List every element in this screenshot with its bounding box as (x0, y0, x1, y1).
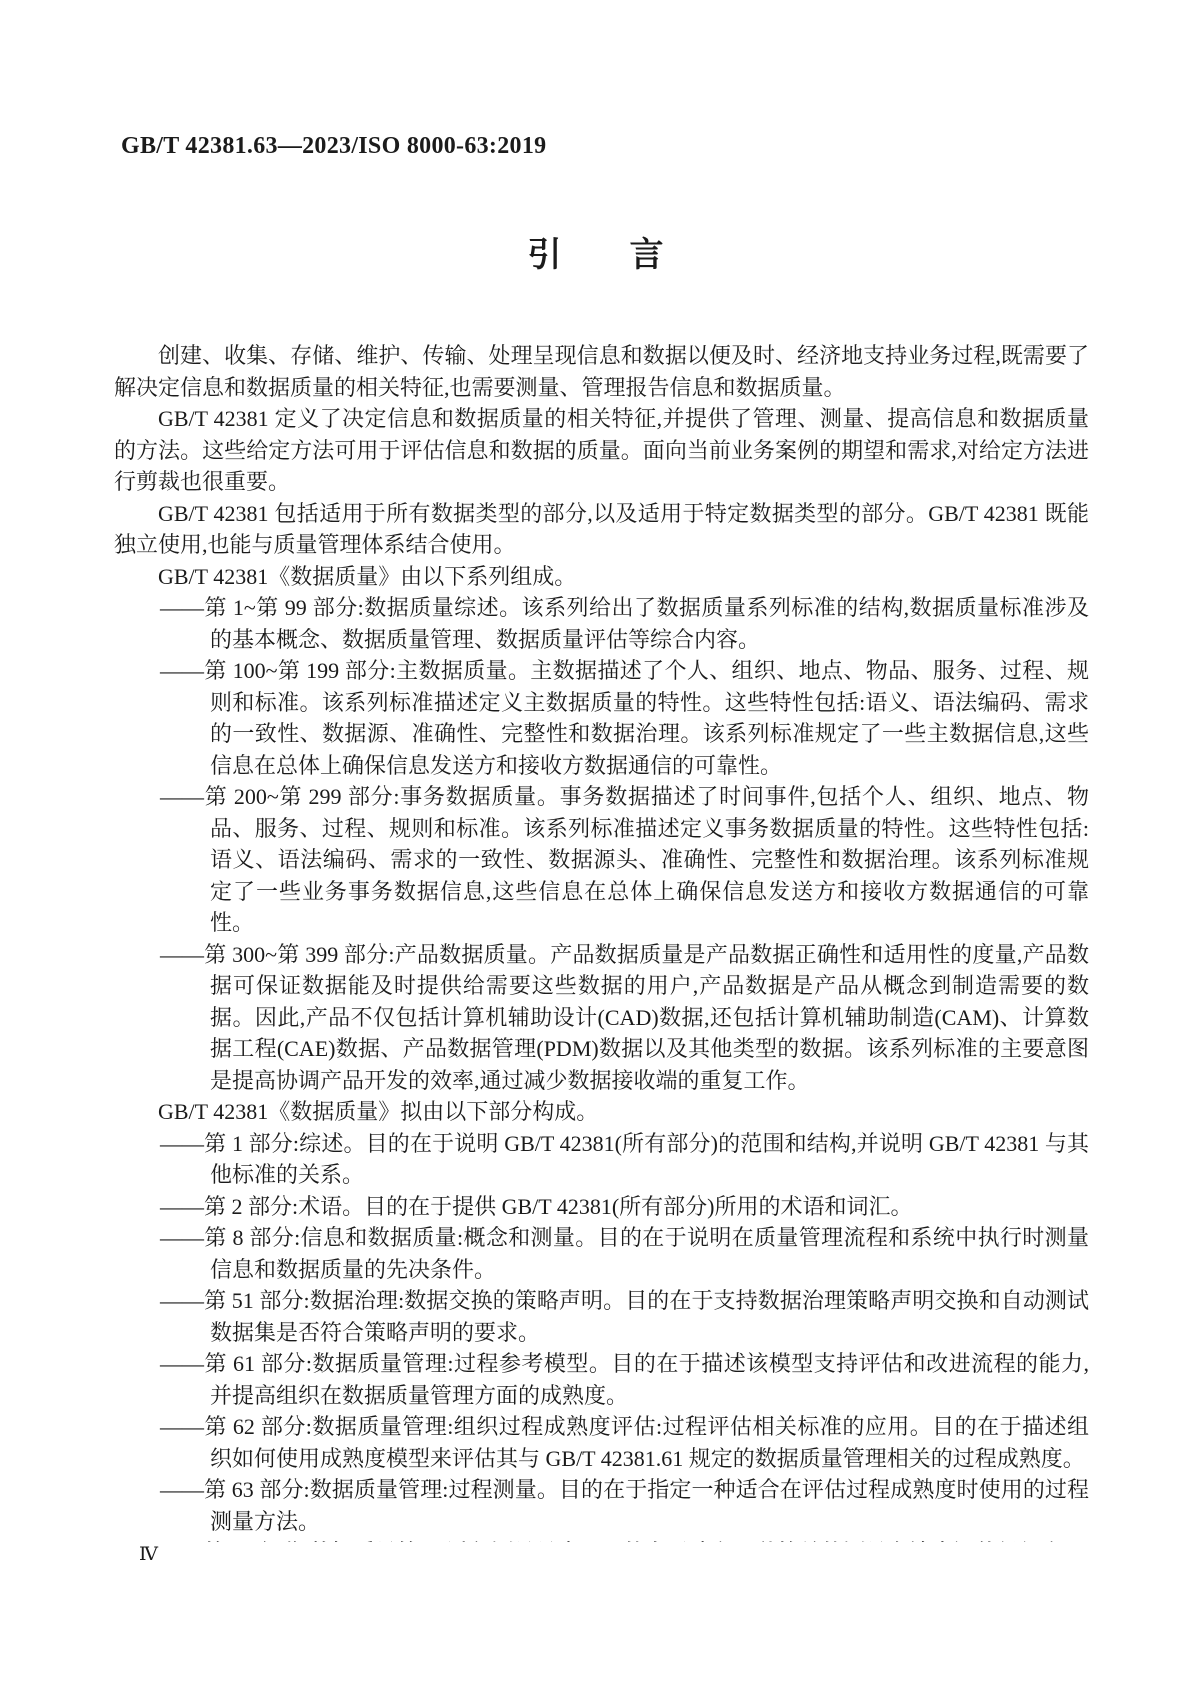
series-list-item: ——第 63 部分:数据质量管理:过程测量。目的在于指定一种适合在评估过程成熟度… (114, 1474, 1089, 1537)
series-list-item: ——第 200~第 299 部分:事务数据质量。事务数据描述了时间事件,包括个人… (114, 781, 1089, 939)
series-list-item: ——第 1 部分:综述。目的在于说明 GB/T 42381(所有部分)的范围和结… (114, 1128, 1089, 1191)
page-number: Ⅳ (139, 1545, 158, 1564)
series-list-item: ——第 1~第 99 部分:数据质量综述。该系列给出了数据质量系列标准的结构,数… (114, 592, 1089, 655)
section-title: 引 言 (0, 238, 1191, 272)
paragraph: GB/T 42381 定义了决定信息和数据质量的相关特征,并提供了管理、测量、提… (114, 403, 1089, 498)
series-list-item: ——第 8 部分:信息和数据质量:概念和测量。目的在于说明在质量管理流程和系统中… (114, 1222, 1089, 1285)
series-list-item: ——第 65 部分:数据质量管理:过程测量量表。目的在于建立一种简单的测量方法来… (114, 1537, 1089, 1542)
paragraph: 创建、收集、存储、维护、传输、处理呈现信息和数据以便及时、经济地支持业务过程,既… (114, 340, 1089, 403)
document-page: GB/T 42381.63—2023/ISO 8000-63:2019 引 言 … (0, 0, 1191, 1685)
series-list-item: ——第 51 部分:数据治理:数据交换的策略声明。目的在于支持数据治理策略声明交… (114, 1285, 1089, 1348)
paragraph: GB/T 42381 包括适用于所有数据类型的部分,以及适用于特定数据类型的部分… (114, 498, 1089, 561)
document-body: 创建、收集、存储、维护、传输、处理呈现信息和数据以便及时、经济地支持业务过程,既… (114, 340, 1089, 1542)
series-list-item: ——第 2 部分:术语。目的在于提供 GB/T 42381(所有部分)所用的术语… (114, 1191, 1089, 1223)
paragraph: GB/T 42381《数据质量》拟由以下部分构成。 (114, 1096, 1089, 1128)
series-list-item: ——第 61 部分:数据质量管理:过程参考模型。目的在于描述该模型支持评估和改进… (114, 1348, 1089, 1411)
paragraph: GB/T 42381《数据质量》由以下系列组成。 (114, 561, 1089, 593)
series-list-item: ——第 62 部分:数据质量管理:组织过程成熟度评估:过程评估相关标准的应用。目… (114, 1411, 1089, 1474)
series-list-item: ——第 100~第 199 部分:主数据质量。主数据描述了个人、组织、地点、物品… (114, 655, 1089, 781)
series-list-item: ——第 300~第 399 部分:产品数据质量。产品数据质量是产品数据正确性和适… (114, 939, 1089, 1097)
standard-code: GB/T 42381.63—2023/ISO 8000-63:2019 (121, 133, 546, 160)
